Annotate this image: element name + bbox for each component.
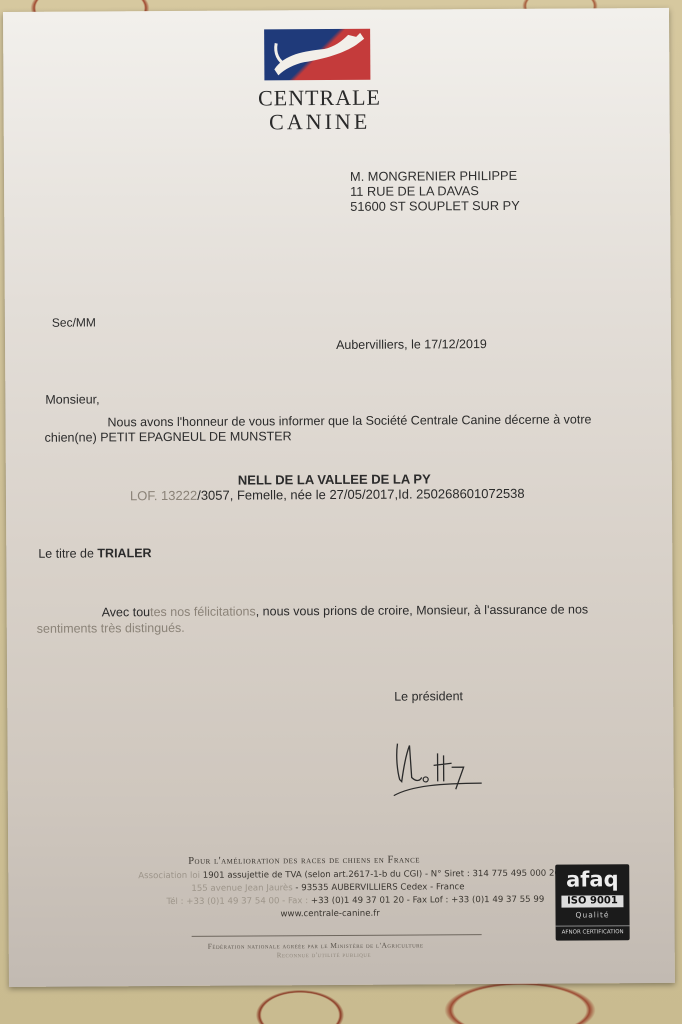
title-value: TRIALER: [97, 546, 151, 560]
closing-line-1: Avec toutes nos félicitations, nous vous…: [102, 602, 589, 619]
dog-details-text: /3057, Femelle, née le 27/05/2017,Id. 25…: [197, 486, 525, 503]
logo-text-centrale: CENTRALE: [249, 85, 389, 112]
recipient-name: M. MONGRENIER PHILIPPE: [350, 168, 517, 184]
footer-website[interactable]: www.centrale-canine.fr: [280, 909, 379, 920]
salutation: Monsieur,: [45, 392, 99, 406]
letter-page: CENTRALE CANINE M. MONGRENIER PHILIPPE 1…: [3, 8, 675, 987]
footer-motto: Pour l'amélioration des races de chiens …: [188, 854, 420, 866]
footer-phone: Tél : +33 (0)1 49 37 54 00 - Fax : +33 (…: [166, 895, 544, 907]
reference: Sec/MM: [52, 315, 96, 329]
footer-address: 155 avenue Jean Jaurès - 93535 AUBERVILL…: [191, 882, 464, 894]
footer-federation: Fédération nationale agréée par le Minis…: [208, 940, 424, 950]
president-signature-icon: [391, 737, 491, 803]
place-date: Aubervilliers, le 17/12/2019: [336, 337, 487, 352]
centrale-canine-logo-icon: [264, 29, 370, 81]
recipient-street: 11 RUE DE LA DAVAS: [350, 183, 479, 199]
recipient-city: 51600 ST SOUPLET SUR PY: [350, 198, 520, 214]
dog-lof-number: LOF. 13222: [130, 488, 197, 503]
afaq-iso-certification-badge: afaq ISO 9001 Qualité AFNOR CERTIFICATIO…: [555, 864, 629, 940]
dog-name: NELL DE LA VALLEE DE LA PY: [238, 471, 431, 487]
title-line: Le titre de TRIALER: [38, 546, 151, 561]
footer-recognition: Reconnue d'utilité publique: [277, 951, 371, 960]
closing-line-2: sentiments très distingués.: [37, 621, 185, 636]
intro-line-1: Nous avons l'honneur de vous informer qu…: [107, 412, 591, 429]
signature-label: Le président: [394, 689, 463, 703]
title-prefix: Le titre de: [38, 546, 97, 560]
footer-divider: [192, 934, 482, 937]
intro-line-2: chien(ne) PETIT EPAGNEUL DE MUNSTER: [45, 429, 292, 445]
footer-legal: Association loi 1901 assujettie de TVA (…: [138, 869, 560, 882]
logo-text-canine: CANINE: [250, 109, 390, 136]
dog-details: LOF. 13222/3057, Femelle, née le 27/05/2…: [130, 486, 525, 503]
